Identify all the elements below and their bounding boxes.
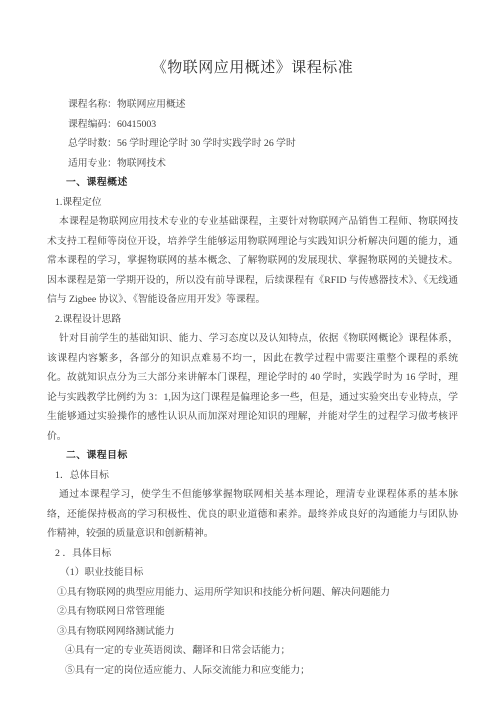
skill-item-2: ②具有物联网日常管理能 <box>47 602 458 622</box>
section-1-heading: 一、课程概述 <box>47 173 458 193</box>
course-name-line: 课程名称：物联网应用概述 <box>47 95 458 115</box>
skill-item-3: ③具有物联网网络测试能力 <box>47 622 458 642</box>
applicable-major-line: 适用专业：物联网技术 <box>47 154 458 174</box>
skill-item-1: ①具有物联网的典型应用能力、运用所学知识和技能分析问题、解决问题能力 <box>47 583 458 603</box>
total-hours-line: 总学时数：56 学时理论学时 30 学时实践学时 26 学时 <box>47 134 458 154</box>
vocational-skills-heading: （1）职业技能目标 <box>47 563 458 583</box>
skill-item-4: ④具有一定的专业英语阅读、翻译和日常会话能力； <box>47 641 458 661</box>
course-design-paragraph: 针对目前学生的基础知识、能力、学习态度以及认知特点，依据《物联网概论》课程体系，… <box>47 329 458 446</box>
skill-item-5: ⑤具有一定的岗位适应能力、人际交流能力和应变能力； <box>47 661 458 681</box>
section-1-sub-1-heading: 1.课程定位 <box>47 193 458 213</box>
section-1-sub-2-heading: 2.课程设计思路 <box>47 310 458 330</box>
document-title: 《物联网应用概述》课程标准 <box>47 58 458 78</box>
section-2-heading: 二、课程目标 <box>47 446 458 466</box>
course-code-line: 课程编码：60415003 <box>47 115 458 135</box>
overall-goal-paragraph: 通过本课程学习，使学生不但能够掌握物联网相关基本理论，理清专业课程体系的基本脉络… <box>47 485 458 544</box>
section-2-sub-2-heading: 2 ．具体目标 <box>47 544 458 564</box>
document-page: 《物联网应用概述》课程标准 课程名称：物联网应用概述 课程编码：60415003… <box>0 0 500 707</box>
section-2-sub-1-heading: 1．总体目标 <box>47 466 458 486</box>
course-positioning-paragraph: 本课程是物联网应用技术专业的专业基础课程，主要针对物联网产品销售工程师、物联网技… <box>47 212 458 310</box>
